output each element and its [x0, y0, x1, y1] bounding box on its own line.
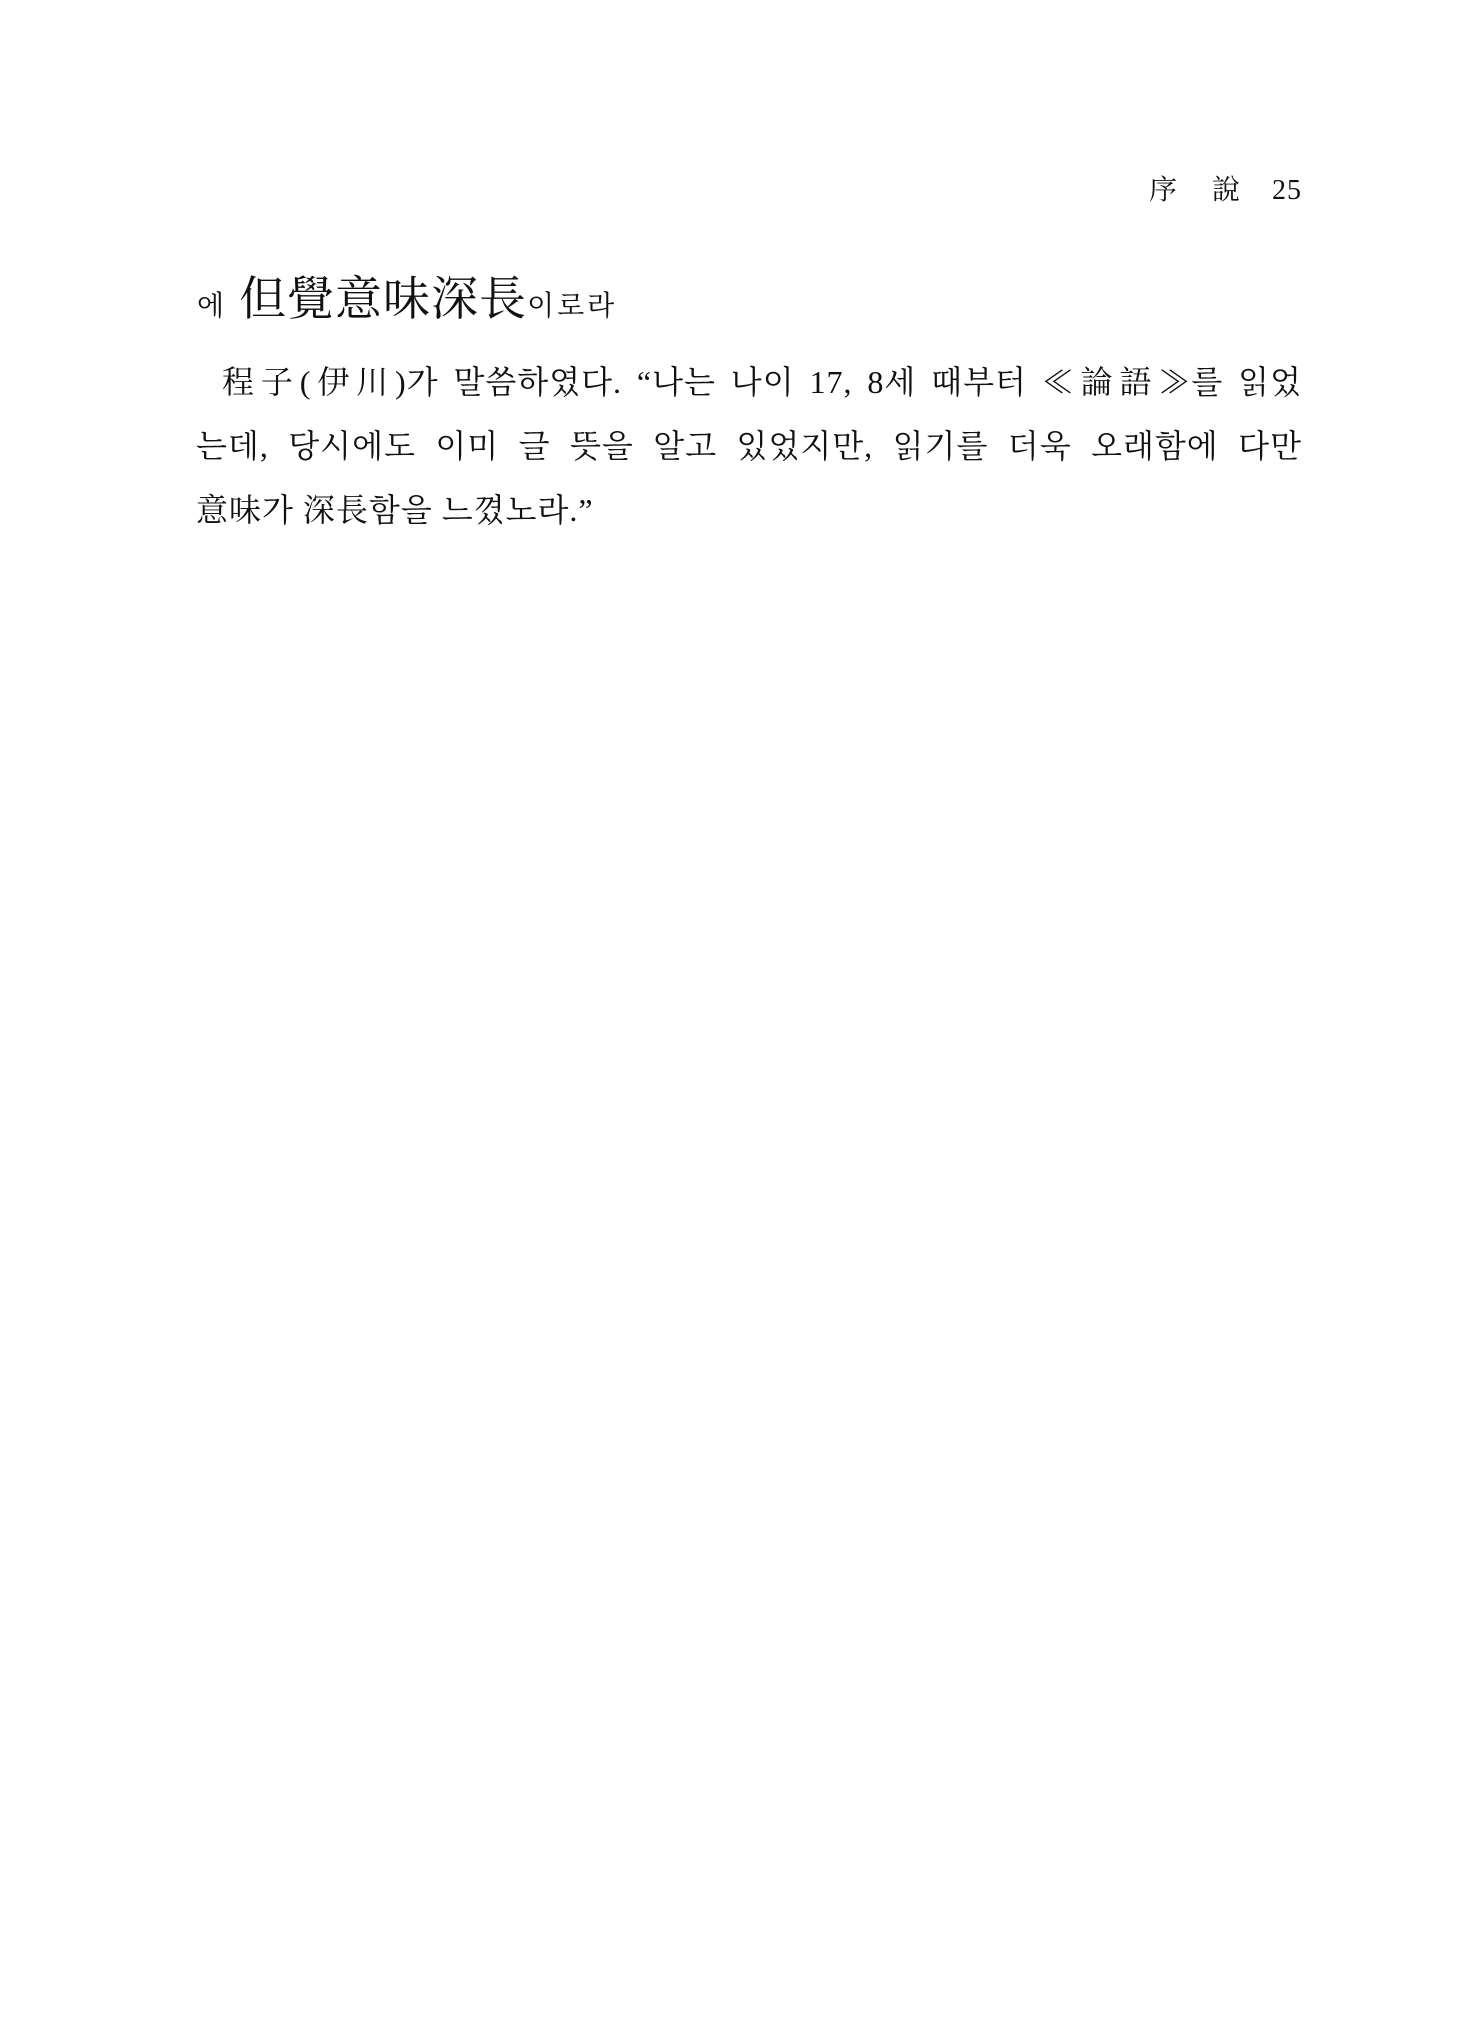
- body-paragraph: 程子(伊川)가 말씀하였다. “나는 나이 17, 8세 때부터 ≪論語≫를 읽…: [196, 350, 1302, 542]
- heading-prefix: 에: [197, 284, 224, 324]
- heading-hanja: 但覺意味深長: [239, 262, 527, 329]
- paragraph-line-2: 는데, 당시에도 이미 글 뜻을 알고 있었지만, 읽기를 더욱 오래함에 다만: [196, 414, 1302, 478]
- heading-suffix: 이로라: [527, 284, 617, 324]
- section-title: 序 說: [1149, 175, 1254, 206]
- paragraph-line-1: 程子(伊川)가 말씀하였다. “나는 나이 17, 8세 때부터 ≪論語≫를 읽…: [196, 350, 1302, 414]
- book-page: 序 說25 에 但覺意味深長 이로라 程子(伊川)가 말씀하였다. “나는 나이…: [0, 0, 1480, 2024]
- page-number: 25: [1272, 175, 1302, 206]
- running-header: 序 說25: [1149, 174, 1302, 208]
- heading-line: 에 但覺意味深長 이로라: [197, 262, 617, 329]
- paragraph-line-3: 意味가 深長함을 느꼈노라.”: [196, 478, 1302, 542]
